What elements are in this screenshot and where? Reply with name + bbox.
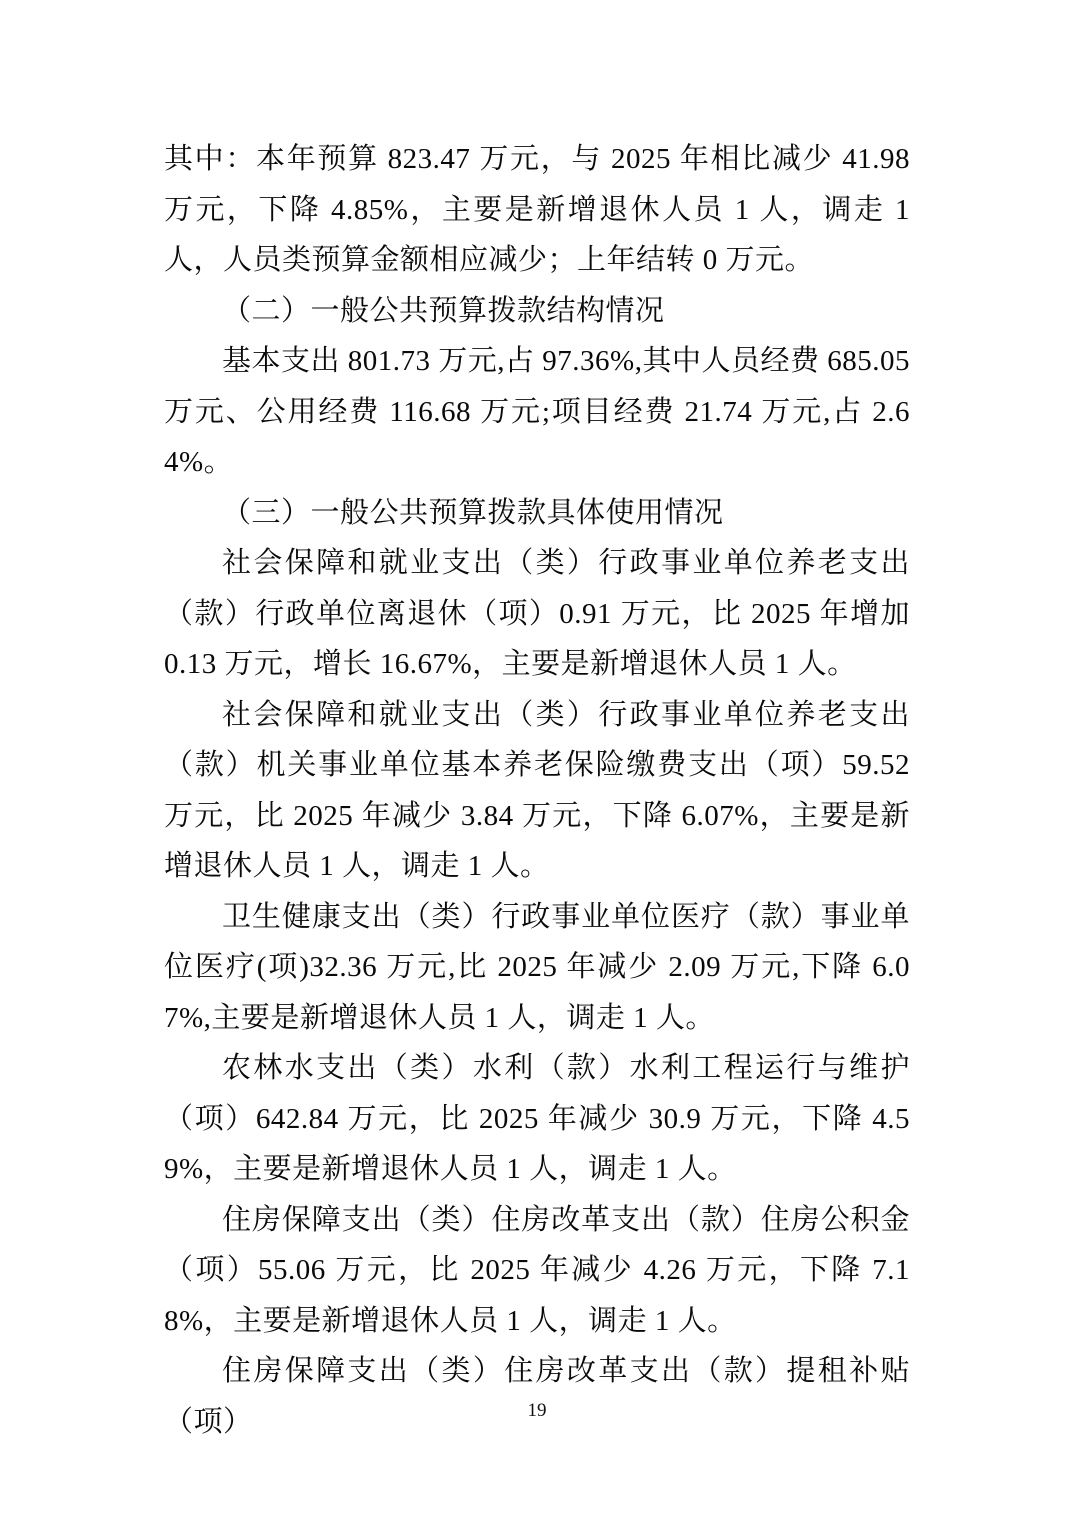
paragraph-heading-2: （二）一般公共预算拨款结构情况	[164, 286, 910, 337]
paragraph-water: 农林水支出（类）水利（款）水利工程运行与维护（项）642.84 万元，比 202…	[164, 1043, 910, 1195]
document-page: 其中：本年预算 823.47 万元，与 2025 年相比减少 41.98 万元，…	[0, 0, 1074, 1520]
paragraph-housing-subsidy: 住房保障支出（类）住房改革支出（款）提租补贴（项）	[164, 1346, 910, 1447]
document-body: 其中：本年预算 823.47 万元，与 2025 年相比减少 41.98 万元，…	[164, 134, 910, 1447]
paragraph-structure: 基本支出 801.73 万元,占 97.36%,其中人员经费 685.05 万元…	[164, 336, 910, 488]
paragraph-housing-fund: 住房保障支出（类）住房改革支出（款）住房公积金（项）55.06 万元，比 202…	[164, 1195, 910, 1347]
page-number: 19	[0, 1398, 1074, 1424]
paragraph-pension-retiree: 社会保障和就业支出（类）行政事业单位养老支出（款）行政单位离退休（项）0.91 …	[164, 538, 910, 690]
paragraph-pension-insurance: 社会保障和就业支出（类）行政事业单位养老支出（款）机关事业单位基本养老保险缴费支…	[164, 690, 910, 892]
paragraph-health: 卫生健康支出（类）行政事业单位医疗（款）事业单位医疗(项)32.36 万元,比 …	[164, 892, 910, 1044]
paragraph-budget-total: 其中：本年预算 823.47 万元，与 2025 年相比减少 41.98 万元，…	[164, 134, 910, 286]
paragraph-heading-3: （三）一般公共预算拨款具体使用情况	[164, 488, 910, 539]
